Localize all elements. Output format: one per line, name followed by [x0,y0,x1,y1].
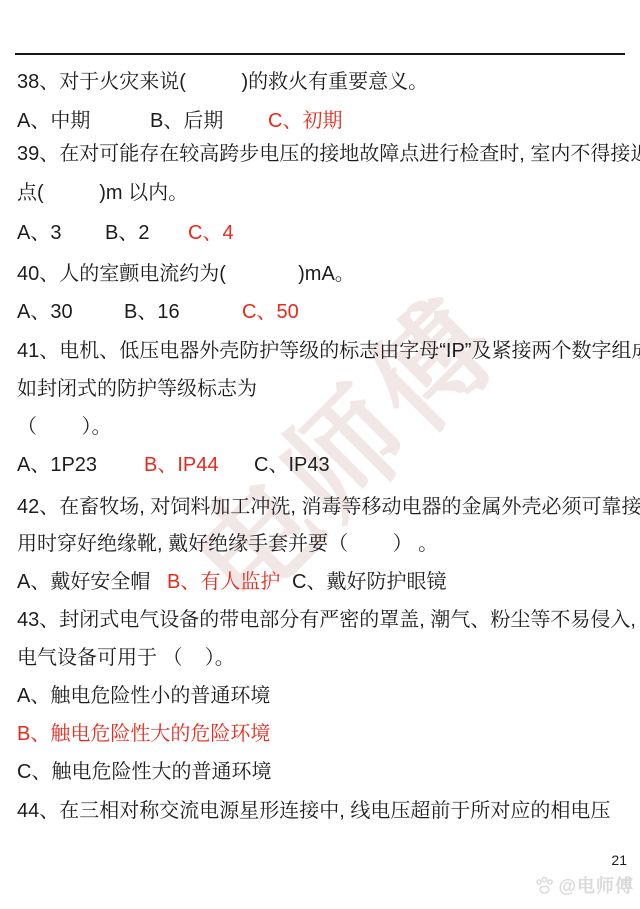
paw-icon [534,875,555,896]
question-42-stem-line-1: 42、在畜牧场, 对饲料加工冲洗, 消毒等移动电器的金属外壳必须可靠接地, 使 [17,495,640,519]
footer-watermark-text: @电师傅 [558,872,634,898]
question-40-options: A、30 B、16 C、50 [0,300,640,326]
question-39-stem-line-1: 39、在对可能存在较高跨步电压的接地故障点进行检查时, 室内不得接近故障 [17,142,640,166]
question-39-stem-line-2: 点( )m 以内。 [17,181,188,205]
option-c-correct-answer: C、4 [188,221,234,245]
question-42-stem-line-2: 用时穿好绝缘靴, 戴好绝缘手套并要（ ） 。 [17,532,438,556]
header-rule [15,53,625,55]
option-a: A、3 [17,221,61,245]
document-page: 电师傅 38、对于火灾来说( )的救火有重要意义。 A、中期 B、后期 C、初期… [0,0,640,909]
question-41-stem-line-3: （ ）。 [17,415,111,439]
option-c: C、戴好防护眼镜 [292,570,446,594]
question-40-stem: 40、人的室颤电流约为( )mA。 [17,262,355,286]
question-41-options: A、1P23 B、IP44 C、IP43 [0,453,640,479]
option-c: C、IP43 [254,453,330,477]
option-a: A、中期 [17,109,90,133]
question-38-stem: 38、对于火灾来说( )的救火有重要意义。 [17,70,428,94]
question-43-option-b-correct-answer: B、触电危险性大的危险环境 [17,722,270,746]
option-b-correct-answer: B、有人监护 [167,570,280,594]
question-43-stem-line-2: 电气设备可用于 （ ）。 [17,646,235,670]
option-c-correct-answer: C、初期 [268,109,342,133]
question-41-stem-line-1: 41、电机、低压电器外壳防护等级的标志由字母“IP”及紧接两个数字组成, [17,339,640,363]
option-c-correct-answer: C、50 [242,300,299,324]
question-43-option-a: A、触电危险性小的普通环境 [17,684,270,708]
option-a: A、1P23 [17,453,97,477]
question-43-option-c: C、触电危险性大的普通环境 [17,760,271,784]
option-b-correct-answer: B、IP44 [144,453,218,477]
footer-watermark: @电师傅 [534,872,634,898]
question-38-options: A、中期 B、后期 C、初期 [0,109,640,135]
question-43-stem-line-1: 43、封闭式电气设备的带电部分有严密的罩盖, 潮气、粉尘等不易侵入, 这种 [17,608,640,632]
page-number: 21 [611,852,627,868]
question-44-stem: 44、在三相对称交流电源星形连接中, 线电压超前于所对应的相电压 [17,799,610,823]
question-39-options: A、3 B、2 C、4 [0,221,640,247]
question-41-stem-line-2: 如封闭式的防护等级标志为 [17,377,257,401]
option-a: A、30 [17,300,73,324]
option-a: A、戴好安全帽 [17,570,150,594]
option-b: B、16 [124,300,180,324]
option-b: B、后期 [150,109,223,133]
question-42-options: A、戴好安全帽 B、有人监护 C、戴好防护眼镜 [0,570,640,596]
option-b: B、2 [105,221,149,245]
